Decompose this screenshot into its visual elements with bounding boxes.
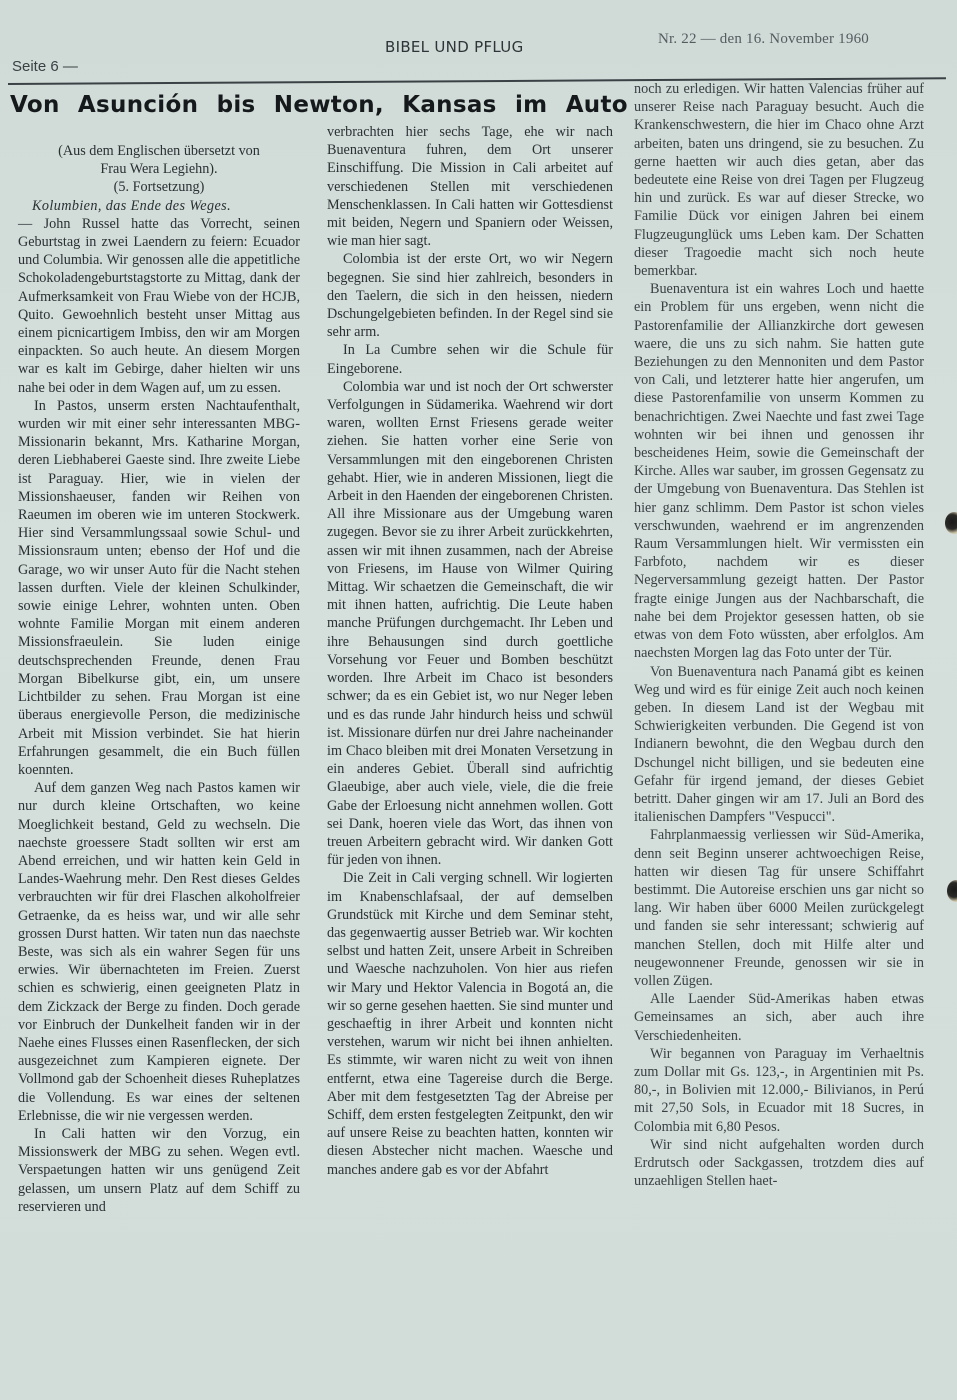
paragraph: Alle Laender Süd-Amerikas haben etwas Ge…: [634, 990, 924, 1045]
paragraph: Wir sind nicht aufgehalten worden durch …: [634, 1136, 924, 1191]
paragraph: Die Zeit in Cali verging schnell. Wir lo…: [327, 869, 613, 1178]
paragraph: Von Buenaventura nach Panamá gibt es kei…: [634, 663, 924, 827]
paragraph: Wir begannen von Paraguay im Verhaeltnis…: [634, 1045, 924, 1136]
section-heading: Kolumbien, das Ende des Weges.: [18, 197, 300, 215]
article-title: Von Asunción bis Newton, Kansas im Auto: [10, 92, 612, 118]
translation-note-1: (Aus dem Englischen übersetzt von: [18, 142, 300, 160]
page-number: Seite 6 —: [12, 58, 78, 75]
column-3: noch zu erledigen. Wir hatten Valencias …: [634, 80, 924, 1190]
paragraph: verbrachten hier sechs Tage, ehe wir nac…: [327, 123, 613, 250]
paragraph: Auf dem ganzen Weg nach Pastos kamen wir…: [18, 779, 300, 1125]
journal-title: BIBEL UND PFLUG: [385, 38, 524, 56]
installment-label: (5. Fortsetzung): [18, 178, 300, 196]
paragraph: Colombia ist der erste Ort, wo wir Neger…: [327, 250, 613, 341]
paragraph: Fahrplanmaessig verliessen wir Süd-Ameri…: [634, 826, 924, 990]
paragraph: In La Cumbre sehen wir die Schule für Ei…: [327, 341, 613, 377]
paragraph: — John Russel hatte das Vorrecht, seinen…: [18, 215, 300, 397]
masthead: Seite 6 — BIBEL UND PFLUG Nr. 22 — den 1…: [0, 0, 957, 90]
binder-hole-icon: [945, 512, 957, 534]
binder-hole-icon: [947, 880, 957, 902]
paragraph: Colombia war und ist noch der Ort schwer…: [327, 378, 613, 869]
paragraph: In Cali hatten wir den Vorzug, ein Missi…: [18, 1125, 300, 1216]
column-1: (Aus dem Englischen übersetzt von Frau W…: [18, 142, 300, 1216]
translation-note-2: Frau Wera Legiehn).: [18, 160, 300, 178]
newspaper-page: Seite 6 — BIBEL UND PFLUG Nr. 22 — den 1…: [0, 0, 957, 1400]
paragraph: In Pastos, unserm ersten Nachtaufenthalt…: [18, 397, 300, 779]
column-2: verbrachten hier sechs Tage, ehe wir nac…: [327, 123, 613, 1179]
paragraph: Buenaventura ist ein wahres Loch und hae…: [634, 280, 924, 662]
issue-date: Nr. 22 — den 16. November 1960: [658, 31, 869, 48]
paragraph: noch zu erledigen. Wir hatten Valencias …: [634, 80, 924, 280]
